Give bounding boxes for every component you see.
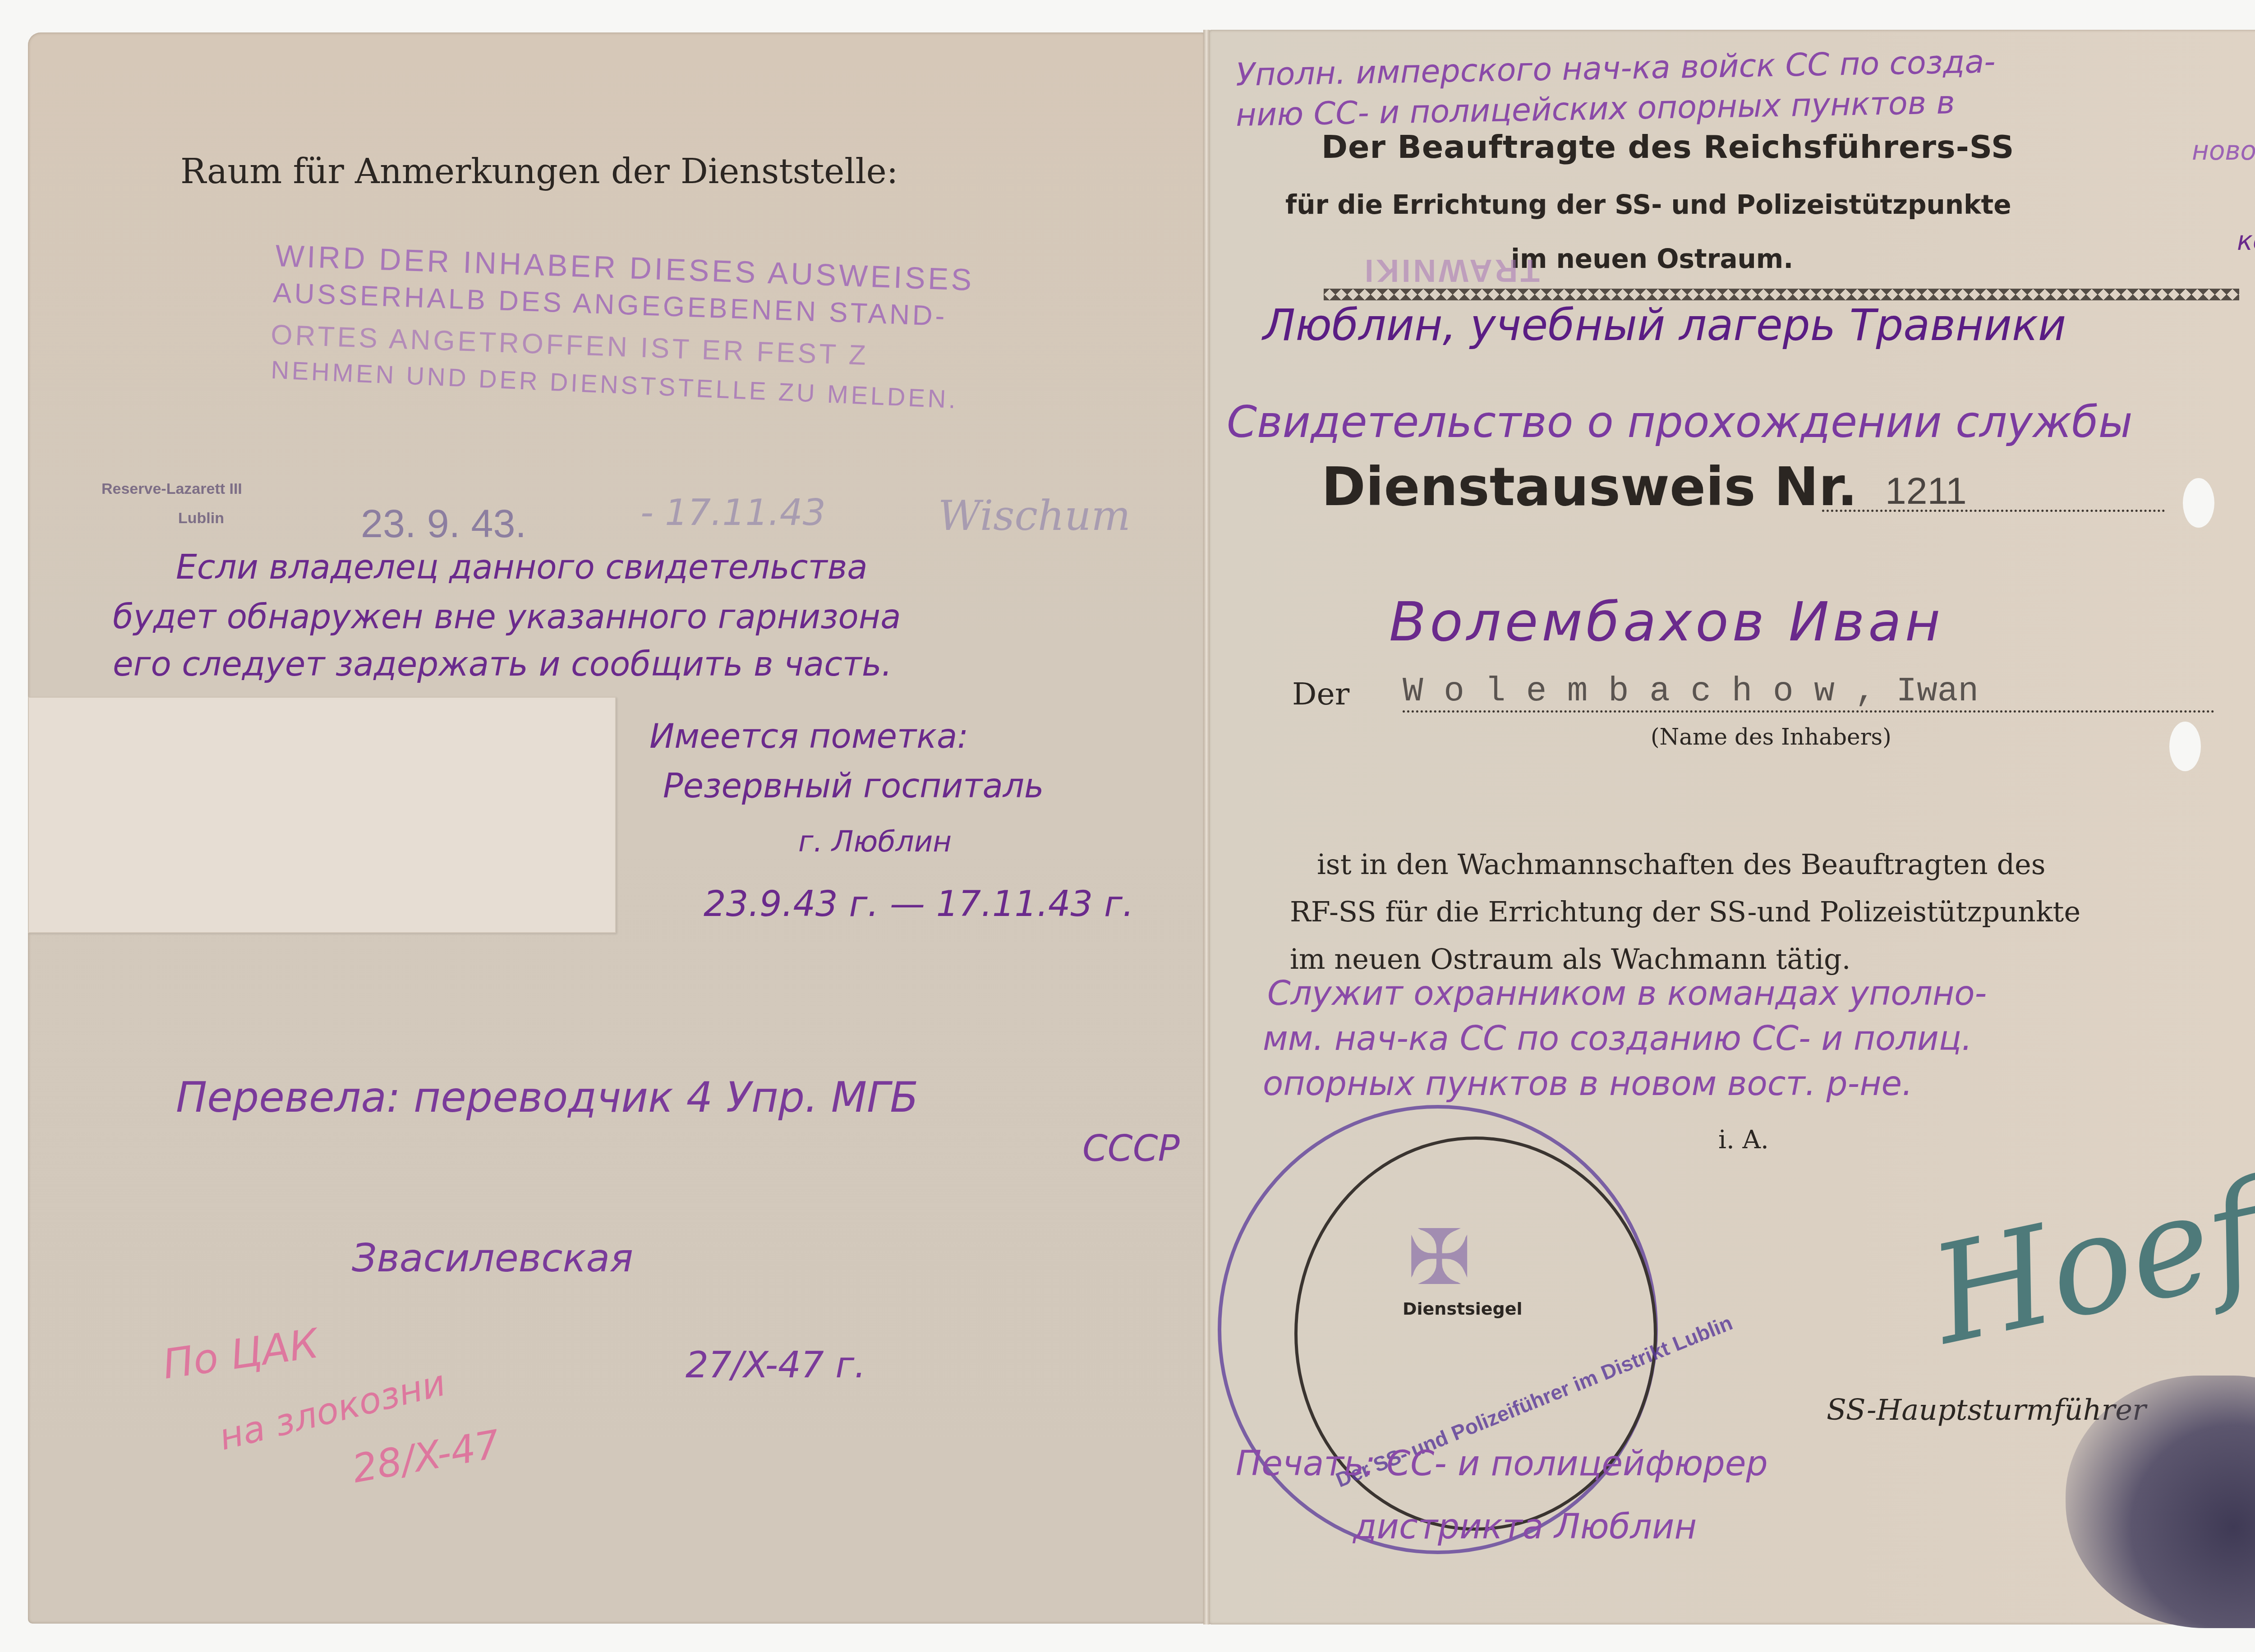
translator-signature: Звасилевская xyxy=(352,1236,633,1281)
holder-caption: (Name des Inhabers) xyxy=(1651,724,1891,750)
russian-seal-note: Печать: СС- и полицейфюрер xyxy=(1236,1443,1768,1483)
id-number: 1211 xyxy=(1885,469,1967,513)
punch-hole-2 xyxy=(2169,722,2201,771)
issuer-region: im neuen Ostraum. xyxy=(1511,244,1793,274)
paper-repair-patch xyxy=(28,697,616,933)
eagle-emblem-icon: ✠ xyxy=(1407,1213,1471,1302)
ia-abbreviation: i. A. xyxy=(1718,1125,1769,1155)
punch-hole xyxy=(2183,478,2214,528)
ornamental-rule xyxy=(1324,289,2239,300)
holder-name-underline xyxy=(1403,710,2214,713)
issuer-subtitle: für die Errichtung der SS- und Polizeist… xyxy=(1285,189,2011,220)
seal-label: Dienstsiegel xyxy=(1403,1299,1523,1319)
russian-document-title: Свидетельство о прохождении службы xyxy=(1227,397,2133,447)
center-fold xyxy=(1203,30,1210,1624)
russian-seal-note-2: дистрикта Люблин xyxy=(1353,1506,1697,1546)
issuer-title: Der Beauftragte des Reichsführers-SS xyxy=(1321,129,2015,166)
id-label: Dienstausweis Nr. xyxy=(1321,456,1858,518)
russian-location: Люблин, учебный лагерь Травники xyxy=(1263,300,2066,350)
remarks-heading: Raum für Anmerkungen der Dienststelle: xyxy=(180,151,898,191)
holder-prefix: Der xyxy=(1292,676,1349,712)
holder-name-typed: W o l e m b a c h o w , Iwan xyxy=(1403,672,1979,711)
id-number-underline xyxy=(1822,510,2165,512)
faint-trawniki-stamp: TRAWNIKI xyxy=(1362,253,1540,289)
holder-name-russian: Волембахов Иван xyxy=(1389,591,1944,653)
